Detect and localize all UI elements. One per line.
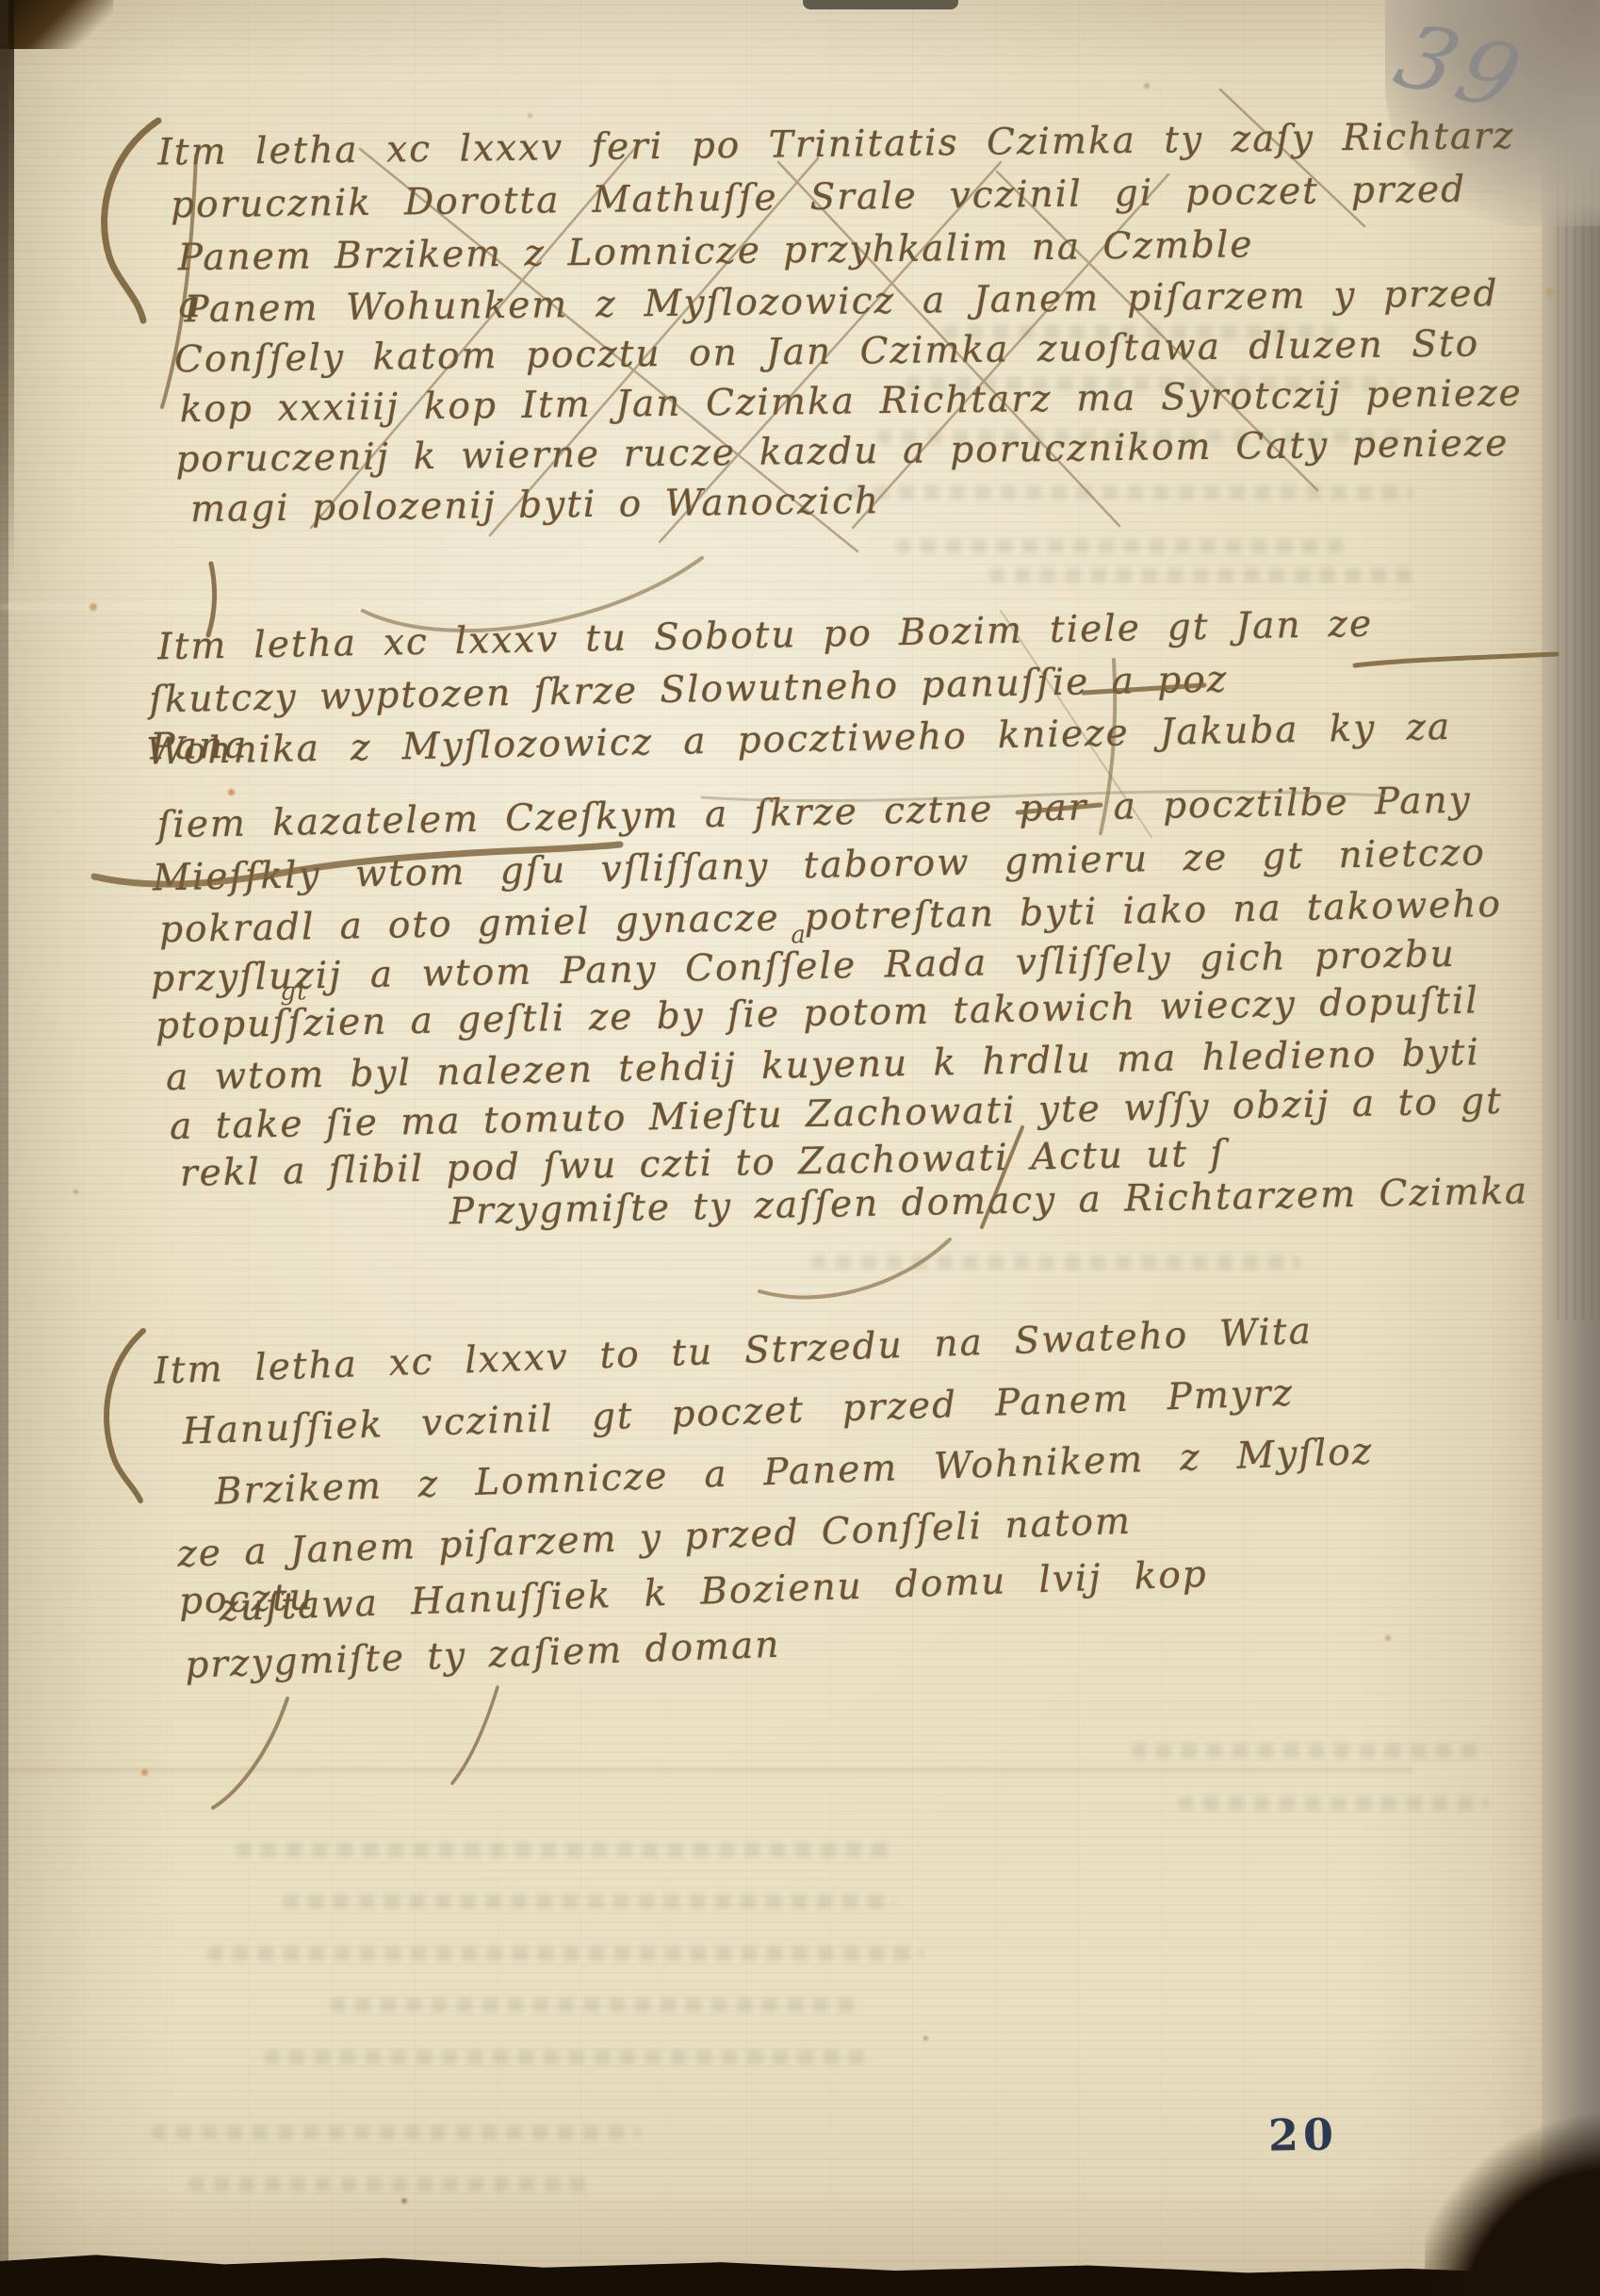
word-strikethrough xyxy=(1084,685,1204,693)
margin-rule xyxy=(1355,654,1557,665)
dark-corner-bottom-right xyxy=(1425,2102,1600,2296)
wavy-underline xyxy=(94,845,620,884)
manuscript-scan: Itm letha xc lxxxv feri po Trinitatis Cz… xyxy=(0,0,1600,2296)
cancellation-strokes xyxy=(311,90,1364,551)
ink-flourish xyxy=(1101,660,1115,833)
faint-strike-wave xyxy=(702,792,1383,801)
ink-flourish xyxy=(208,564,215,635)
ink-flourish xyxy=(759,1239,950,1297)
ink-flourish xyxy=(982,1127,1022,1227)
cancellation-strokes xyxy=(1001,611,1151,837)
ink-flourish xyxy=(106,1331,143,1501)
word-strikethrough xyxy=(1018,805,1101,812)
ink-flourish xyxy=(363,558,702,631)
ink-flourish xyxy=(162,156,196,407)
ink-flourish xyxy=(452,1687,498,1783)
ink-decorations-overlay xyxy=(0,0,1600,2296)
ink-flourish xyxy=(105,121,158,320)
archival-page-number: 20 xyxy=(1268,2108,1339,2160)
ink-flourish xyxy=(213,1698,287,1808)
